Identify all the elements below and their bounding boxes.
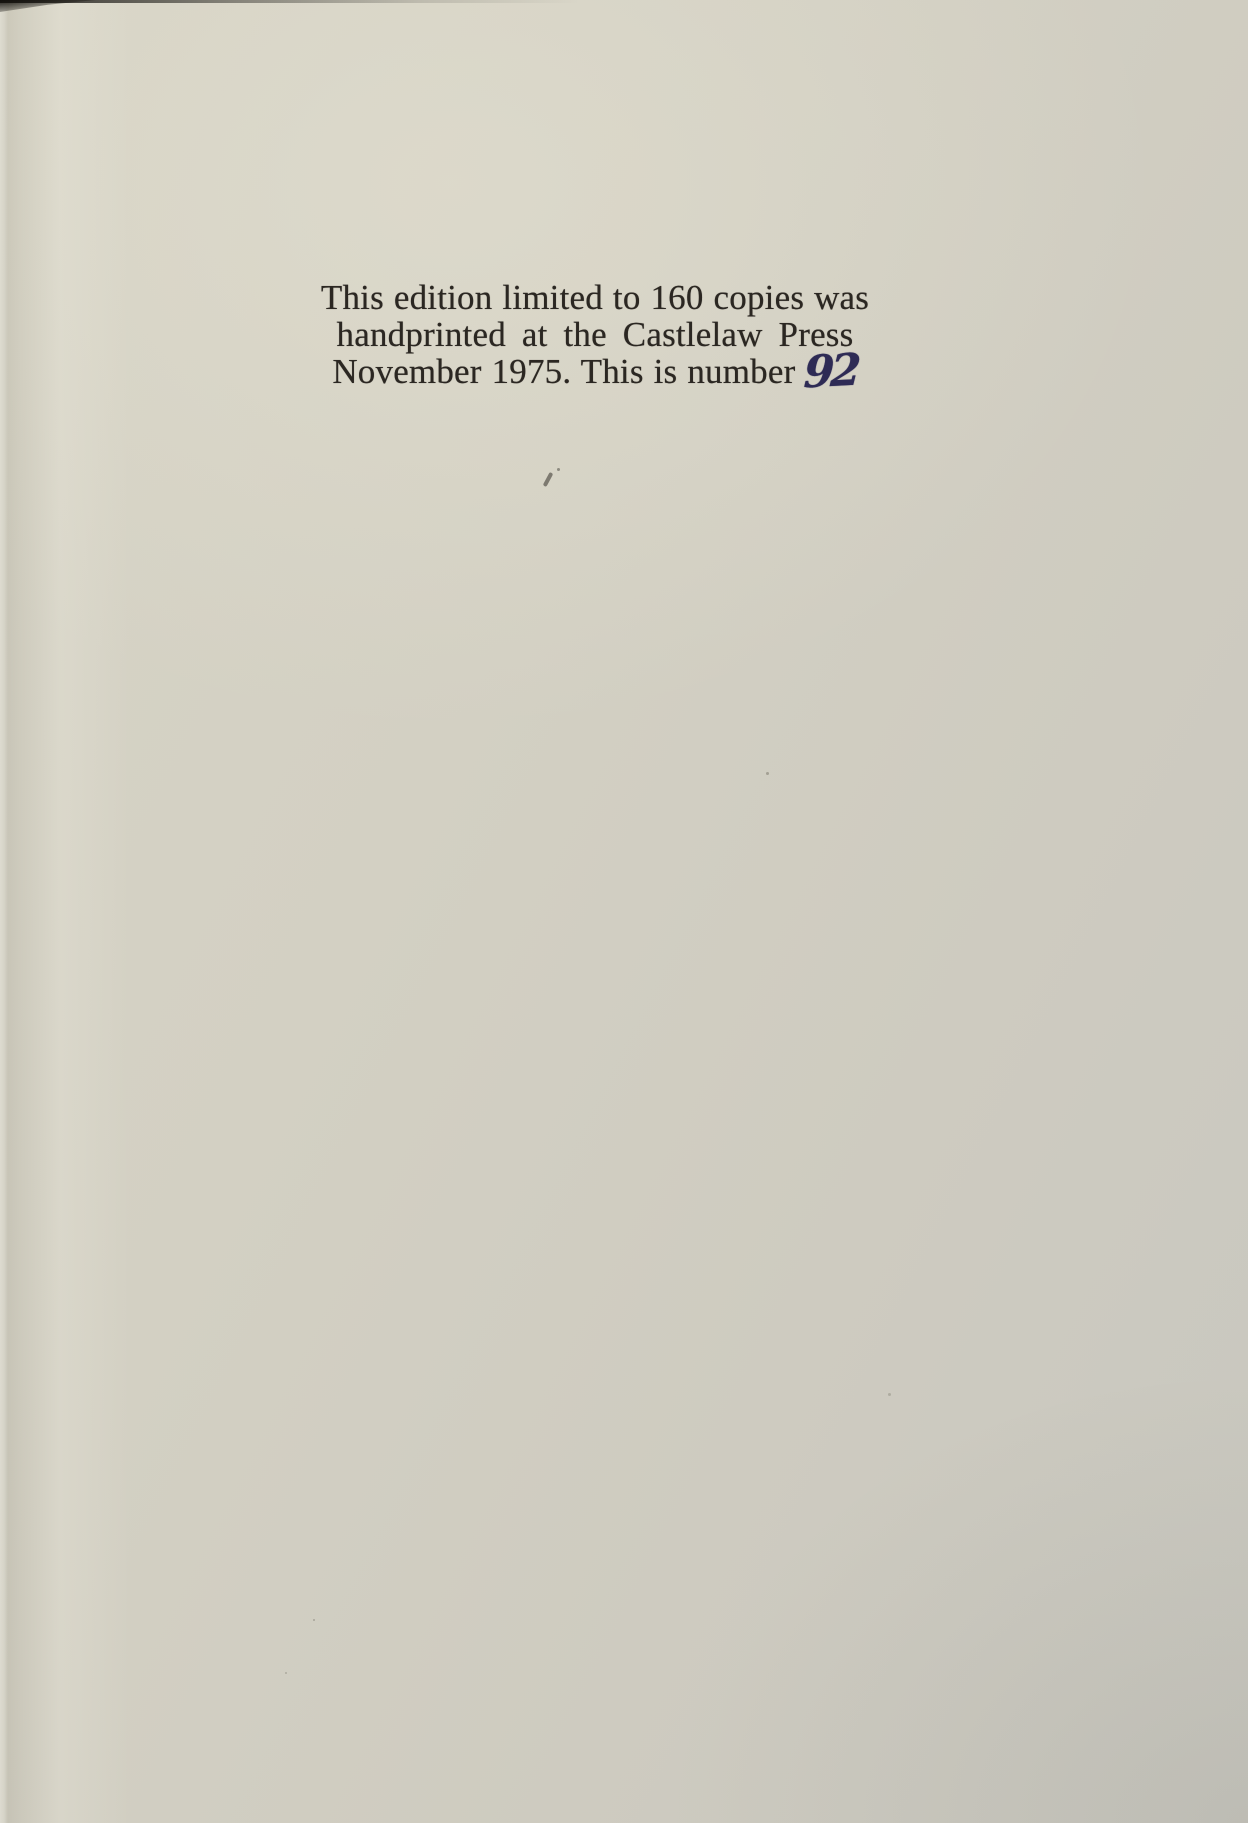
colophon-line-1: This edition limited to 160 copies was (0, 279, 1190, 316)
paper-speck (766, 772, 769, 775)
paper-speck (313, 1619, 315, 1621)
colophon-text: This edition limited to 160 copies was h… (0, 279, 1190, 390)
gutter-shadow (0, 0, 160, 1823)
deckle-edge (0, 0, 8, 1823)
pencil-slash-mark (543, 472, 554, 487)
colophon-line-3-printed-text: November 1975. This is number (332, 352, 795, 391)
colophon-line-3: November 1975. This is number92 (0, 353, 1190, 390)
paper-speck (285, 1672, 287, 1674)
book-page-photo: This edition limited to 160 copies was h… (0, 0, 1248, 1823)
colophon-line-2: handprinted at the Castlelaw Press (0, 316, 1190, 353)
paper-speck (888, 1393, 891, 1396)
pencil-dot-mark (557, 468, 560, 471)
book-page: This edition limited to 160 copies was h… (0, 0, 1248, 1823)
handwritten-copy-number: 92 (804, 371, 857, 374)
